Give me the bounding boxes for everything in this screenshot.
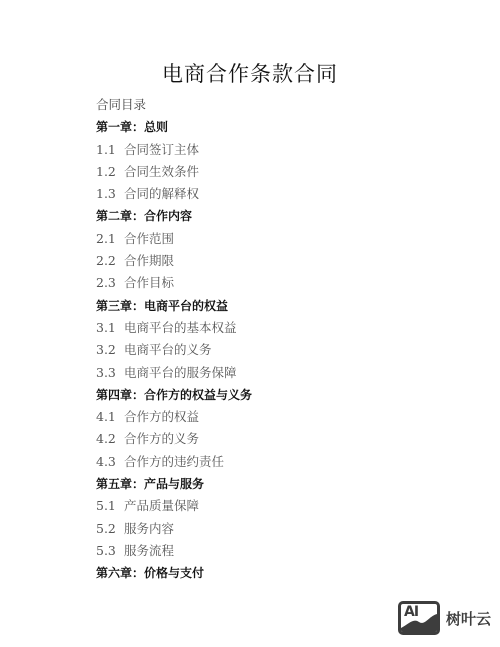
section-number: 5.2 <box>96 518 120 540</box>
chapter-4-heading: 第四章：合作方的权益与义务 <box>96 384 416 406</box>
toc-heading: 合同目录 <box>96 94 416 116</box>
chapter-3-heading: 第三章：电商平台的权益 <box>96 295 416 317</box>
toc-section: 5.1 产品质量保障 <box>96 495 416 517</box>
toc-section: 3.3 电商平台的服务保障 <box>96 362 416 384</box>
section-number: 4.2 <box>96 428 120 450</box>
chapter-6-heading: 第六章：价格与支付 <box>96 562 416 584</box>
toc-section: 4.2 合作方的义务 <box>96 428 416 450</box>
section-label: 合作方的违约责任 <box>124 454 224 469</box>
ai-image-logo-icon: AI <box>398 601 440 635</box>
table-of-contents: 合同目录 第一章：总则 1.1 合同签订主体 1.2 合同生效条件 1.3 合同… <box>96 94 416 585</box>
section-number: 3.2 <box>96 339 120 361</box>
section-number: 2.3 <box>96 272 120 294</box>
document-title: 电商合作条款合同 <box>0 58 500 88</box>
section-label: 合作目标 <box>124 275 174 290</box>
section-label: 服务流程 <box>124 543 174 558</box>
chapter-2-heading: 第二章：合作内容 <box>96 205 416 227</box>
chapter-1-heading: 第一章：总则 <box>96 116 416 138</box>
toc-section: 2.1 合作范围 <box>96 228 416 250</box>
section-label: 合作范围 <box>124 231 174 246</box>
section-number: 1.3 <box>96 183 120 205</box>
toc-section: 4.1 合作方的权益 <box>96 406 416 428</box>
toc-section: 1.1 合同签订主体 <box>96 139 416 161</box>
toc-section: 1.2 合同生效条件 <box>96 161 416 183</box>
section-label: 服务内容 <box>124 521 174 536</box>
section-number: 1.1 <box>96 139 120 161</box>
section-label: 电商平台的服务保障 <box>124 365 237 380</box>
section-label: 合作方的义务 <box>124 431 199 446</box>
toc-section: 1.3 合同的解释权 <box>96 183 416 205</box>
toc-section: 2.2 合作期限 <box>96 250 416 272</box>
mountain-wave-icon <box>401 604 437 632</box>
section-label: 产品质量保障 <box>124 498 199 513</box>
toc-section: 4.3 合作方的违约责任 <box>96 451 416 473</box>
section-number: 4.3 <box>96 451 120 473</box>
section-number: 1.2 <box>96 161 120 183</box>
chapter-5-heading: 第五章：产品与服务 <box>96 473 416 495</box>
section-number: 4.1 <box>96 406 120 428</box>
section-label: 合同生效条件 <box>124 164 199 179</box>
watermark-label: 树叶云 <box>446 608 491 629</box>
section-label: 合作期限 <box>124 253 174 268</box>
watermark: AI 树叶云 <box>398 601 491 635</box>
section-number: 3.1 <box>96 317 120 339</box>
toc-section: 5.3 服务流程 <box>96 540 416 562</box>
section-number: 2.1 <box>96 228 120 250</box>
section-label: 合作方的权益 <box>124 409 199 424</box>
section-number: 5.3 <box>96 540 120 562</box>
section-label: 电商平台的基本权益 <box>124 320 237 335</box>
toc-section: 3.1 电商平台的基本权益 <box>96 317 416 339</box>
section-number: 2.2 <box>96 250 120 272</box>
section-number: 3.3 <box>96 362 120 384</box>
toc-section: 3.2 电商平台的义务 <box>96 339 416 361</box>
section-number: 5.1 <box>96 495 120 517</box>
section-label: 电商平台的义务 <box>124 342 212 357</box>
toc-section: 2.3 合作目标 <box>96 272 416 294</box>
section-label: 合同签订主体 <box>124 142 199 157</box>
section-label: 合同的解释权 <box>124 186 199 201</box>
toc-section: 5.2 服务内容 <box>96 518 416 540</box>
